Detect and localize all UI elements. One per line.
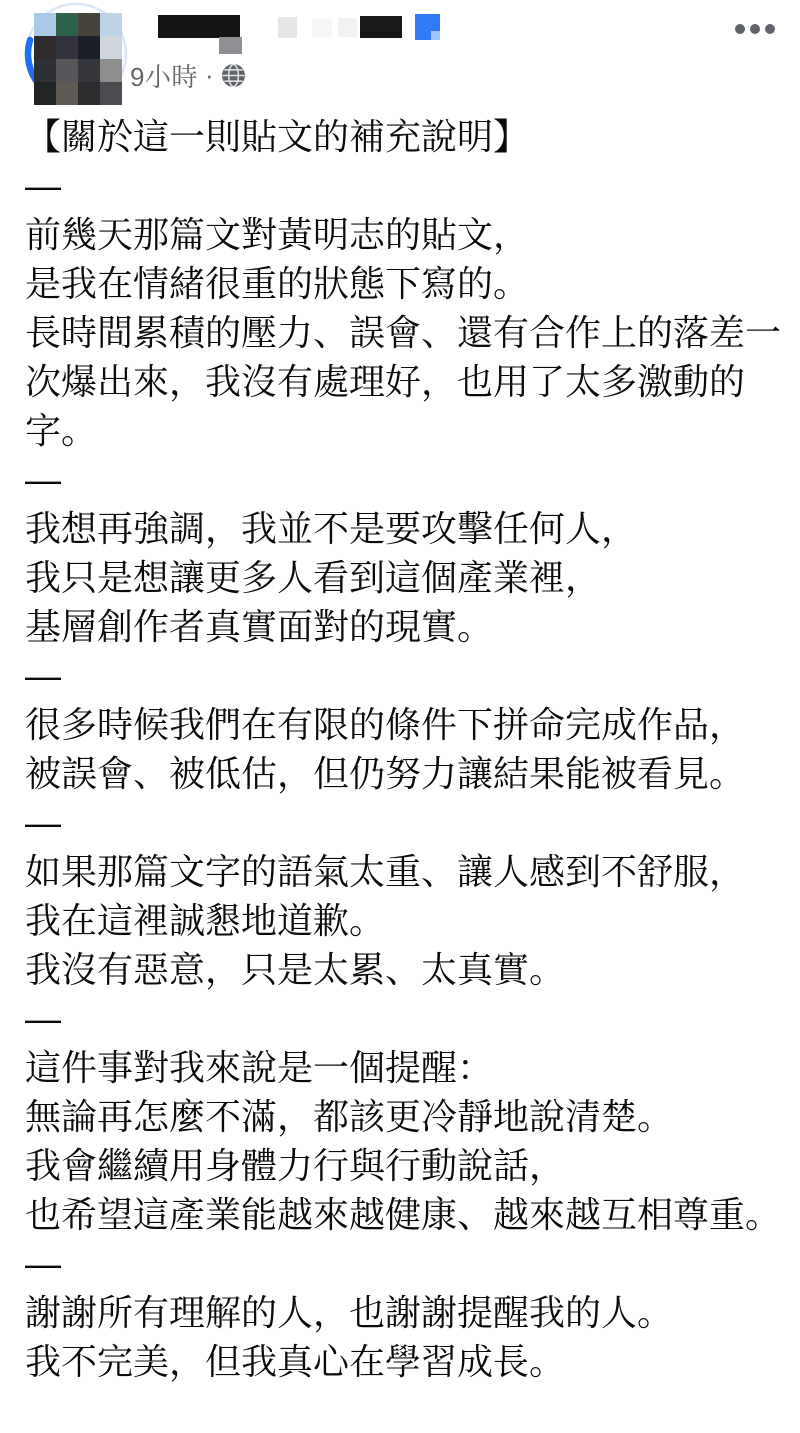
- post-line: 被誤會、被低估，但仍努力讓結果能被看見。: [25, 749, 800, 798]
- post-line: 長時間累積的壓力、誤會、還有合作上的落差一: [25, 308, 800, 357]
- paragraph-separator: —: [25, 651, 800, 700]
- post-line: 無論再怎麼不滿，都該更冷靜地說清楚。: [25, 1092, 800, 1141]
- name-redaction-block: [158, 15, 240, 38]
- post-line: 是我在情緒很重的狀態下寫的。: [25, 259, 800, 308]
- ellipsis-icon: [765, 24, 775, 34]
- post-line: 我只是想讓更多人看到這個產業裡，: [25, 553, 800, 602]
- mosaic-cell: [34, 59, 56, 82]
- mosaic-cell: [100, 82, 122, 105]
- meta-separator: ·: [205, 62, 214, 88]
- post-line: 如果那篇文字的語氣太重、讓人感到不舒服，: [25, 847, 800, 896]
- paragraph-separator: —: [25, 1239, 800, 1288]
- name-redaction-block: [431, 31, 440, 40]
- post-line: 字。: [25, 406, 800, 455]
- paragraph-separator: —: [25, 798, 800, 847]
- post-line: 前幾天那篇文對黃明志的貼文，: [25, 210, 800, 259]
- name-redaction-block: [312, 18, 332, 37]
- mosaic-cell: [56, 82, 78, 105]
- post-line: 我想再強調，我並不是要攻擊任何人，: [25, 504, 800, 553]
- paragraph-separator: —: [25, 161, 800, 210]
- mosaic-cell: [56, 59, 78, 82]
- facebook-post: 9小時 · 【關於這一則貼文的補充說明】—前幾天那篇文對黃明志的貼文，是我在情緒…: [0, 0, 800, 1433]
- paragraph-separator: —: [25, 455, 800, 504]
- post-line: 謝謝所有理解的人，也謝謝提醒我的人。: [25, 1288, 800, 1337]
- post-line: 也希望這產業能越來越健康、越來越互相尊重。: [25, 1190, 800, 1239]
- globe-icon: [221, 63, 246, 88]
- post-line: 基層創作者真實面對的現實。: [25, 602, 800, 651]
- post-line: 很多時候我們在有限的條件下拼命完成作品，: [25, 700, 800, 749]
- mosaic-cell: [78, 82, 100, 105]
- author-name-redacted[interactable]: [0, 0, 800, 60]
- post-header: 9小時 ·: [0, 0, 800, 112]
- name-redaction-block: [219, 37, 242, 54]
- post-line: 我在這裡誠懇地道歉。: [25, 896, 800, 945]
- post-line: 這件事對我來說是一個提醒：: [25, 1043, 800, 1092]
- post-line: 我沒有惡意，只是太累、太真實。: [25, 945, 800, 994]
- more-options-button[interactable]: [731, 16, 779, 42]
- post-line: 【關於這一則貼文的補充說明】: [25, 112, 800, 161]
- post-body: 【關於這一則貼文的補充說明】—前幾天那篇文對黃明志的貼文，是我在情緒很重的狀態下…: [25, 112, 800, 1386]
- post-meta: 9小時 ·: [130, 60, 246, 90]
- post-line: 次爆出來，我沒有處理好，也用了太多激動的: [25, 357, 800, 406]
- paragraph-separator: —: [25, 994, 800, 1043]
- name-redaction-block: [360, 16, 402, 38]
- timestamp[interactable]: 9小時: [130, 57, 198, 94]
- mosaic-cell: [100, 59, 122, 82]
- post-line: 我會繼續用身體力行與行動說話，: [25, 1141, 800, 1190]
- ellipsis-icon: [735, 24, 745, 34]
- post-line: 我不完美，但我真心在學習成長。: [25, 1337, 800, 1386]
- name-redaction-block: [278, 17, 297, 38]
- ellipsis-icon: [750, 24, 760, 34]
- mosaic-cell: [78, 59, 100, 82]
- name-redaction-block: [338, 18, 357, 37]
- mosaic-cell: [34, 82, 56, 105]
